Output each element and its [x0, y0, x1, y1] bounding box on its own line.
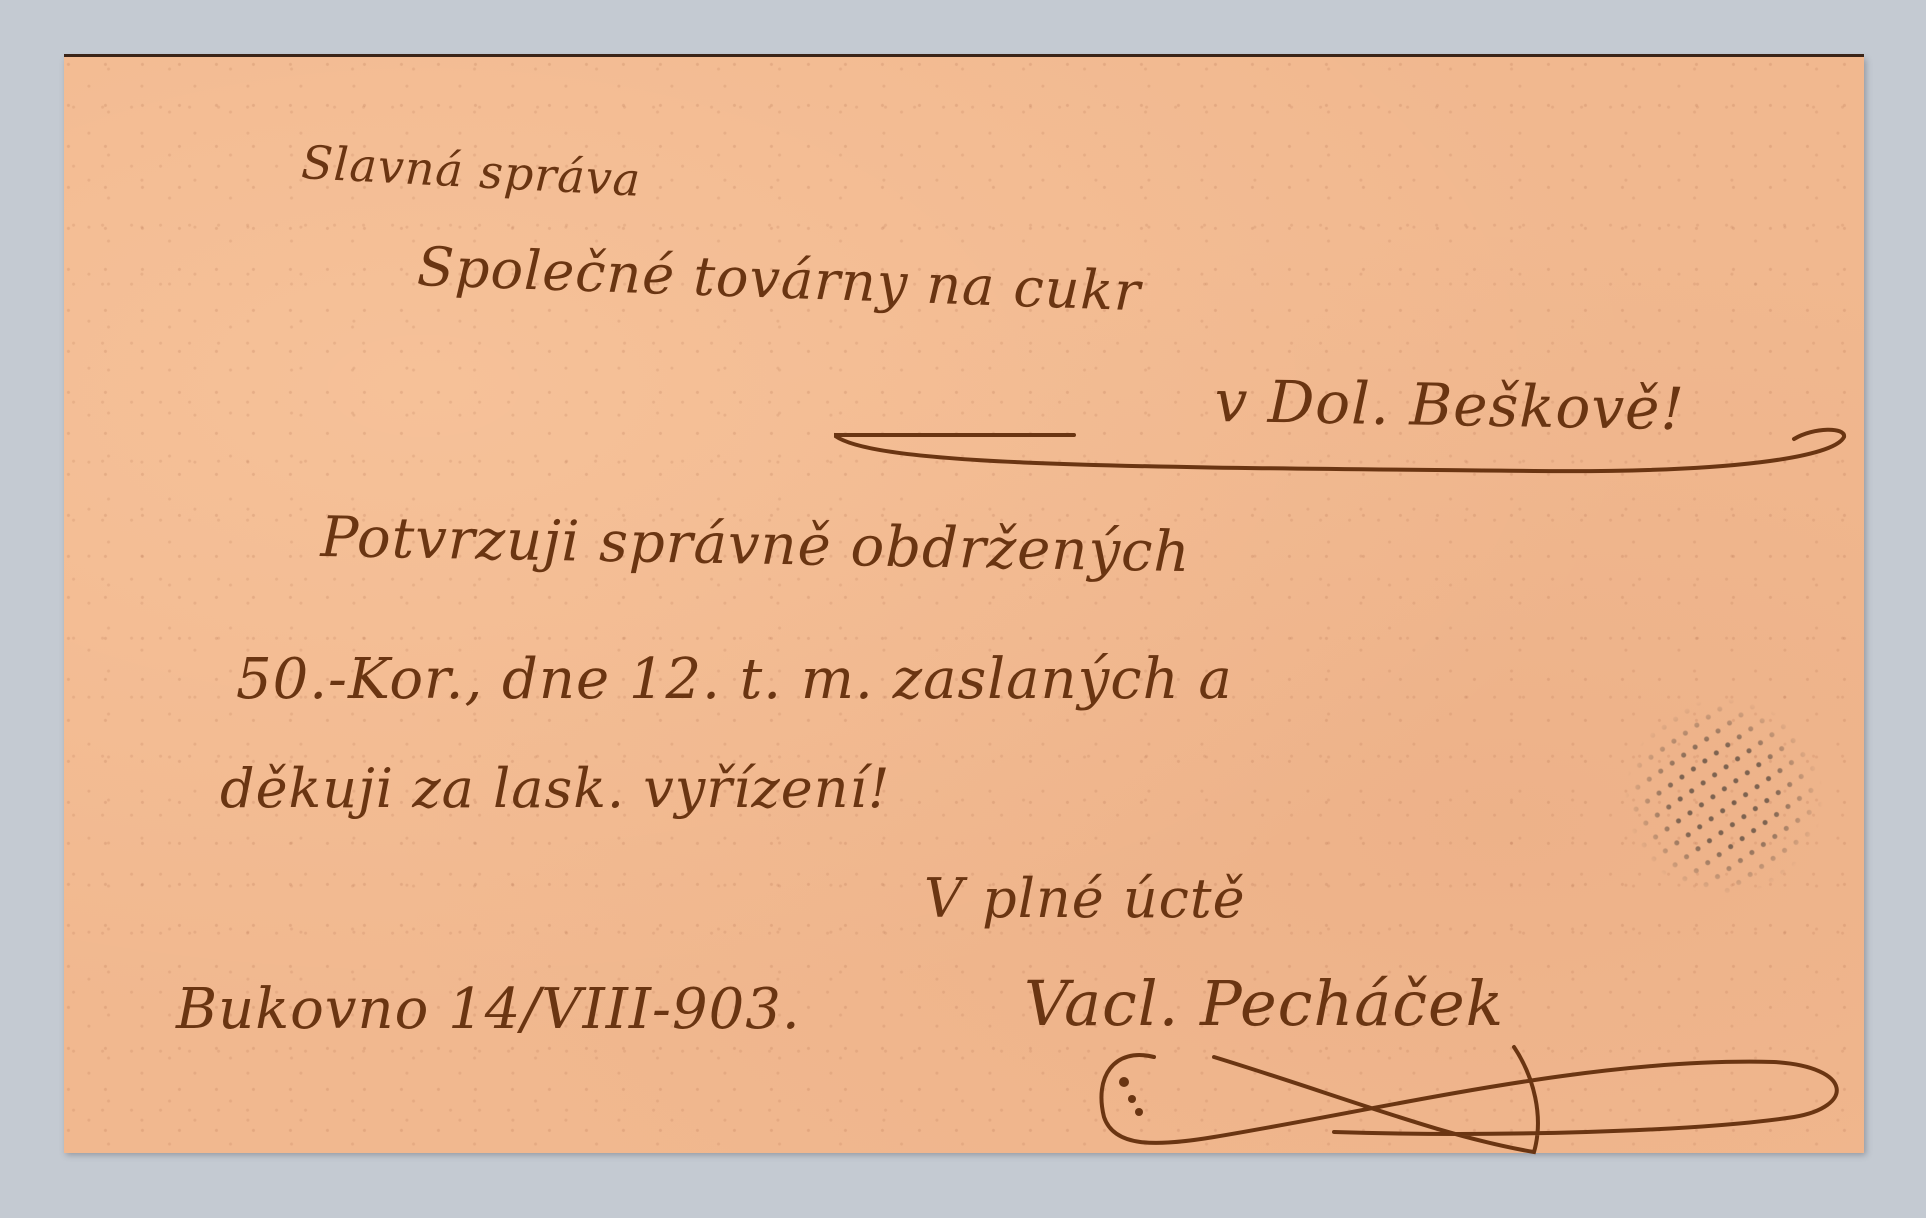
place-date-text: Bukovno 14/VIII-903. — [176, 977, 801, 1042]
postmark-smudge — [1585, 658, 1864, 937]
body-line-3: děkuji za lask. vyřízení! — [220, 757, 891, 820]
signature: Vacl. Pecháček — [1024, 967, 1504, 1040]
closing-text: V plné úctě — [924, 867, 1246, 930]
body-line-2: 50.-Kor., dne 12. t. m. zaslaných a — [236, 647, 1233, 712]
postcard: Slavná správa Společné továrny na cukr v… — [64, 57, 1864, 1153]
recipient-line-1: Společné továrny na cukr — [416, 235, 1142, 323]
signature-flourish — [1094, 1037, 1874, 1177]
salutation-text: Slavná správa — [300, 135, 643, 207]
body-line-1: Potvrzuji správně obdržených — [320, 505, 1191, 585]
recipient-line-2: v Dol. Beškově! — [1214, 367, 1685, 443]
